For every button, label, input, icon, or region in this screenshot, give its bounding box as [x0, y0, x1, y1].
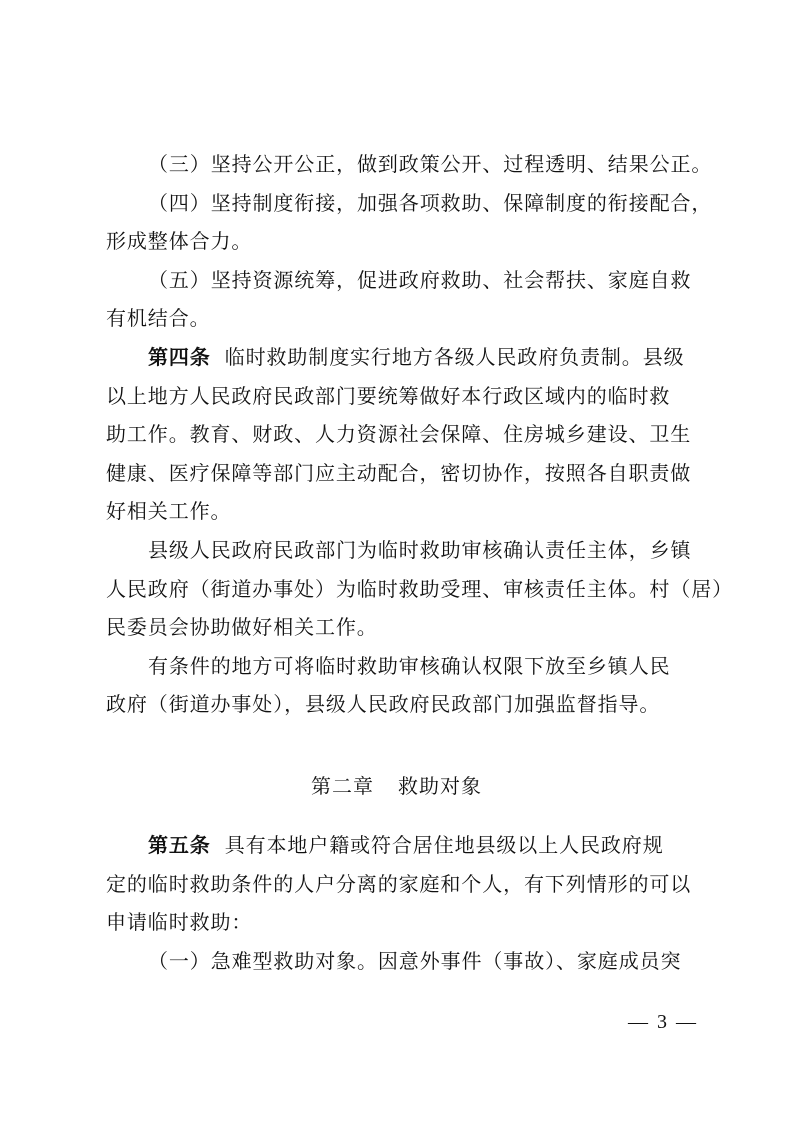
document-page: （三）坚持公开公正，做到政策公开、过程透明、结果公正。 （四）坚持制度衔接，加强… [0, 0, 793, 1122]
page-number: — 3 — [628, 1011, 698, 1034]
article-5-text: 具有本地户籍或符合居住地县级以上人民政府规 [225, 833, 664, 857]
article-5-line-3: 申请临时救助： [106, 903, 692, 942]
body-text-before-chapter: （三）坚持公开公正，做到政策公开、过程透明、结果公正。 （四）坚持制度衔接，加强… [106, 145, 692, 724]
body-text-after-chapter: 第五条具有本地户籍或符合居住地县级以上人民政府规 定的临时救助条件的人户分离的家… [106, 826, 692, 980]
article-4-text: 临时救助制度实行地方各级人民政府负责制。县级 [225, 345, 685, 369]
paragraph-principle-4-line-2: 形成整体合力。 [106, 222, 692, 261]
responsibility-paragraph-line-2: 人民政府（街道办事处）为临时救助受理、审核责任主体。村（居） [106, 570, 692, 609]
article-4-line-5: 好相关工作。 [106, 492, 692, 531]
paragraph-principle-3: （三）坚持公开公正，做到政策公开、过程透明、结果公正。 [106, 145, 692, 184]
chapter-heading: 第二章救助对象 [0, 767, 793, 805]
responsibility-paragraph-line-1: 县级人民政府民政部门为临时救助审核确认责任主体，乡镇 [106, 531, 692, 570]
chapter-number: 第二章 [311, 774, 374, 798]
paragraph-principle-5-line-1: （五）坚持资源统筹，促进政府救助、社会帮扶、家庭自救 [106, 261, 692, 300]
article-4-line-3: 助工作。教育、财政、人力资源社会保障、住房城乡建设、卫生 [106, 415, 692, 454]
delegation-paragraph-line-2: 政府（街道办事处），县级人民政府民政部门加强监督指导。 [106, 685, 692, 724]
responsibility-paragraph-line-3: 民委员会协助做好相关工作。 [106, 608, 692, 647]
article-4-line-2: 以上地方人民政府民政部门要统筹做好本行政区域内的临时救 [106, 377, 692, 416]
paragraph-principle-5-line-2: 有机结合。 [106, 299, 692, 338]
emergency-aid-item-line-1: （一）急难型救助对象。因意外事件（事故）、家庭成员突 [106, 942, 692, 981]
delegation-paragraph-line-1: 有条件的地方可将临时救助审核确认权限下放至乡镇人民 [106, 647, 692, 686]
article-5-line-1: 第五条具有本地户籍或符合居住地县级以上人民政府规 [106, 826, 692, 865]
chapter-title: 救助对象 [398, 774, 482, 798]
article-4-line-1: 第四条临时救助制度实行地方各级人民政府负责制。县级 [106, 338, 692, 377]
article-4-line-4: 健康、医疗保障等部门应主动配合，密切协作，按照各自职责做 [106, 454, 692, 493]
article-5-line-2: 定的临时救助条件的人户分离的家庭和个人，有下列情形的可以 [106, 865, 692, 904]
paragraph-principle-4-line-1: （四）坚持制度衔接，加强各项救助、保障制度的衔接配合， [106, 184, 692, 223]
article-5-label: 第五条 [148, 833, 211, 857]
article-4-label: 第四条 [148, 345, 211, 369]
